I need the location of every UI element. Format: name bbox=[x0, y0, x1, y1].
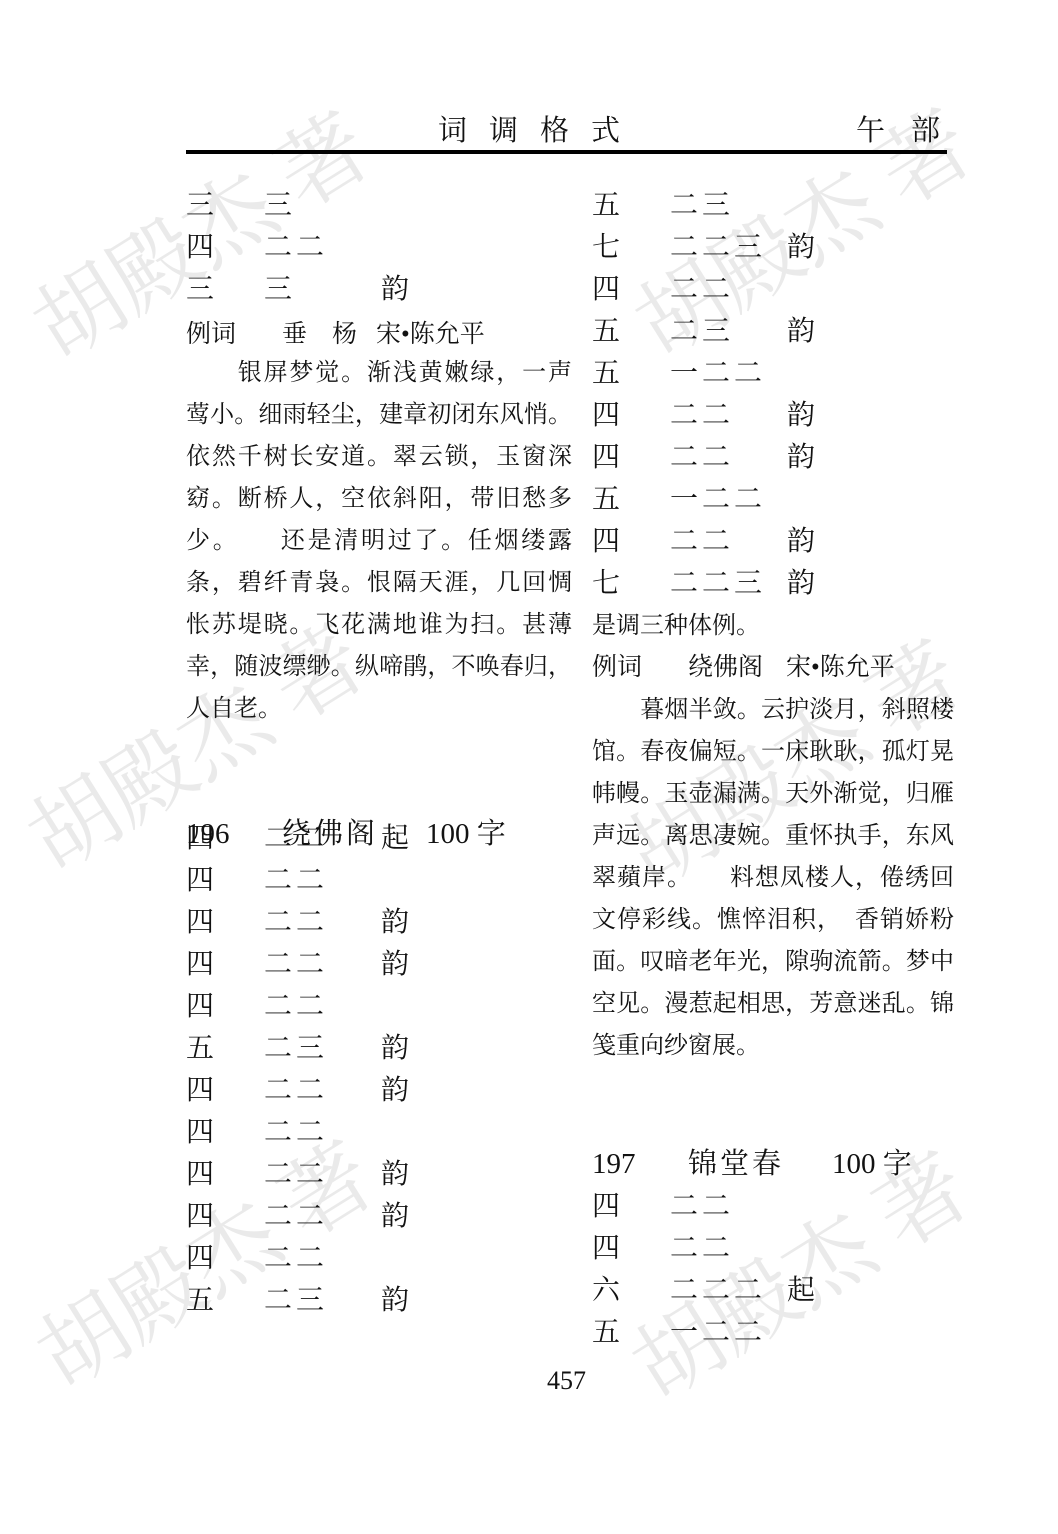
line-length: 四 bbox=[186, 860, 214, 902]
line-length: 四 bbox=[592, 395, 620, 437]
line-length: 五 bbox=[186, 1028, 214, 1070]
line-pattern: 一二二 bbox=[670, 1312, 766, 1354]
line-pattern: 二二 bbox=[264, 227, 328, 269]
poem-line: 文停彩线。憔悴泪积， 香销娇粉 bbox=[592, 899, 954, 941]
poem-line: 声远。离思凄婉。重怀执手，东风 bbox=[592, 815, 954, 857]
line-pattern: 二二 bbox=[670, 269, 734, 311]
rhyme-mark: 韵 bbox=[381, 1070, 409, 1112]
line-length: 四 bbox=[592, 269, 620, 311]
poem-line: 暮烟半敛。云护淡月，斜照楼 bbox=[592, 689, 954, 731]
line-pattern: 二二 bbox=[264, 1112, 328, 1154]
line-length: 七 bbox=[592, 227, 620, 269]
rhyme-mark: 韵 bbox=[381, 902, 409, 944]
line-length: 四 bbox=[186, 944, 214, 986]
left-column: 三 三 四 二二 三 三 韵 例词 垂 杨 宋•陈允平 bbox=[186, 0, 572, 1534]
format-row: 四 二二 韵 bbox=[592, 437, 954, 479]
format-row: 五 一二二 bbox=[592, 1312, 954, 1354]
format-row: 四 二二 韵 bbox=[186, 1196, 572, 1238]
poem-author: 宋•陈允平 bbox=[376, 314, 485, 356]
left-format-rows: 四 二二 起 四 二二 四 二二 韵 四 二二 bbox=[186, 818, 572, 1322]
book-page: 胡殿杰 著 胡殿杰 著 胡殿杰 著 胡殿杰 著 胡殿杰 著 胡殿杰 著 词调格式… bbox=[0, 0, 1058, 1534]
example-label: 例词 bbox=[186, 314, 236, 356]
line-length: 四 bbox=[186, 902, 214, 944]
poem-line: 窈。断桥人，空依斜阳，带旧愁多 bbox=[186, 478, 572, 520]
line-length: 五 bbox=[592, 185, 620, 227]
line-pattern: 二三 bbox=[264, 1280, 328, 1322]
line-pattern: 二二 bbox=[264, 1196, 328, 1238]
line-length: 三 bbox=[186, 185, 214, 227]
format-row: 四 二二 bbox=[186, 1238, 572, 1280]
poem-line: 怅苏堤晓。飞花满地谁为扫。甚薄 bbox=[186, 604, 572, 646]
section-title: 197 锦堂春 100 字 bbox=[592, 1142, 954, 1186]
rhyme-mark: 韵 bbox=[787, 521, 815, 563]
format-row: 四 二二 起 bbox=[186, 818, 572, 860]
rhyme-mark: 韵 bbox=[787, 437, 815, 479]
line-length: 四 bbox=[592, 1186, 620, 1228]
format-row: 四 二二 bbox=[592, 1228, 954, 1270]
rhyme-mark: 韵 bbox=[381, 1154, 409, 1196]
rhyme-mark: 韵 bbox=[787, 227, 815, 269]
poem-author: 宋•陈允平 bbox=[786, 647, 895, 689]
line-length: 四 bbox=[186, 1154, 214, 1196]
rhyme-mark: 起 bbox=[381, 818, 409, 860]
example-poem: 银屏梦觉。渐浅黄嫩绿，一声 莺小。细雨轻尘，建章初闭东风悄。 依然千树长安道。翠… bbox=[186, 352, 572, 730]
section-char-count: 100 字 bbox=[832, 1142, 912, 1186]
line-length: 六 bbox=[592, 1270, 620, 1312]
example-word-row: 例词 绕佛阁 宋•陈允平 bbox=[592, 647, 954, 689]
format-row: 五 二三 韵 bbox=[592, 311, 954, 353]
line-pattern: 三 bbox=[264, 269, 296, 311]
format-row: 五 二三 bbox=[592, 185, 954, 227]
poem-line: 翠蘋岸。 料想凤楼人，倦绣回 bbox=[592, 857, 954, 899]
line-pattern: 三 bbox=[264, 185, 296, 227]
poem-line: 笺重向纱窗展。 bbox=[592, 1025, 954, 1067]
line-pattern: 二二三 bbox=[670, 227, 766, 269]
line-length: 四 bbox=[186, 1238, 214, 1280]
line-length: 五 bbox=[186, 1280, 214, 1322]
format-row: 四 二二 bbox=[186, 1112, 572, 1154]
line-length: 四 bbox=[186, 227, 214, 269]
line-pattern: 二二 bbox=[264, 1070, 328, 1112]
line-pattern: 二二 bbox=[670, 1228, 734, 1270]
tune-title: 绕佛阁 bbox=[688, 647, 763, 689]
line-length: 四 bbox=[592, 521, 620, 563]
format-row: 五 一二二 bbox=[592, 479, 954, 521]
format-row: 四 二二 bbox=[186, 860, 572, 902]
line-length: 四 bbox=[592, 437, 620, 479]
poem-line: 面。叹暗老年光，隙驹流箭。梦中 bbox=[592, 941, 954, 983]
line-pattern: 一二二 bbox=[670, 353, 766, 395]
format-row: 四 二二 韵 bbox=[592, 521, 954, 563]
line-pattern: 二二二 bbox=[670, 1270, 766, 1312]
right-format-rows: 四 二二 四 二二 六 二二二 起 五 一二二 bbox=[592, 1186, 954, 1354]
format-row: 四 二二 韵 bbox=[186, 944, 572, 986]
line-length: 四 bbox=[592, 1228, 620, 1270]
line-pattern: 二三 bbox=[264, 1028, 328, 1070]
rhyme-mark: 韵 bbox=[787, 395, 815, 437]
left-top-format-rows: 三 三 四 二二 三 三 韵 bbox=[186, 185, 572, 311]
line-pattern: 二二三 bbox=[670, 563, 766, 605]
rhyme-mark: 韵 bbox=[381, 944, 409, 986]
line-length: 四 bbox=[186, 986, 214, 1028]
format-row: 四 二二 bbox=[186, 986, 572, 1028]
line-length: 五 bbox=[592, 1312, 620, 1354]
section-number: 197 bbox=[592, 1142, 636, 1186]
line-pattern: 二二 bbox=[264, 860, 328, 902]
format-row: 三 三 韵 bbox=[186, 269, 572, 311]
format-row: 七 二二三 韵 bbox=[592, 227, 954, 269]
example-label: 例词 bbox=[592, 647, 642, 689]
line-pattern: 二三 bbox=[670, 185, 734, 227]
example-poem: 暮烟半敛。云护淡月，斜照楼 馆。春夜偏短。一床耿耿，孤灯晃 帏幔。玉壶漏满。天外… bbox=[592, 689, 954, 1067]
poem-line: 馆。春夜偏短。一床耿耿，孤灯晃 bbox=[592, 731, 954, 773]
rhyme-mark: 韵 bbox=[787, 311, 815, 353]
format-row: 五 二三 韵 bbox=[186, 1280, 572, 1322]
line-length: 三 bbox=[186, 269, 214, 311]
right-column: 五 二三 七 二二三 韵 四 二二 五 二三 bbox=[592, 0, 954, 1534]
tune-title: 垂 杨 bbox=[282, 314, 357, 356]
format-row: 四 二二 bbox=[186, 227, 572, 269]
format-row: 四 二二 bbox=[592, 1186, 954, 1228]
format-row: 三 三 bbox=[186, 185, 572, 227]
poem-line: 空见。漫惹起相思，芳意迷乱。锦 bbox=[592, 983, 954, 1025]
rhyme-mark: 韵 bbox=[381, 1196, 409, 1238]
line-length: 四 bbox=[186, 1196, 214, 1238]
line-pattern: 二二 bbox=[670, 521, 734, 563]
right-top-format-rows: 五 二三 七 二二三 韵 四 二二 五 二三 bbox=[592, 185, 954, 605]
poem-line: 依然千树长安道。翠云锁，玉窗深 bbox=[186, 436, 572, 478]
rhyme-mark: 韵 bbox=[787, 563, 815, 605]
line-pattern: 二二 bbox=[264, 818, 328, 860]
format-row: 四 二二 韵 bbox=[186, 902, 572, 944]
poem-line: 少。 还是清明过了。任烟缕露 bbox=[186, 520, 572, 562]
variant-note: 是调三种体例。 bbox=[592, 605, 954, 647]
line-length: 五 bbox=[592, 353, 620, 395]
header-rule bbox=[186, 150, 947, 154]
format-row: 四 二二 韵 bbox=[186, 1070, 572, 1112]
line-pattern: 二二 bbox=[670, 395, 734, 437]
rhyme-mark: 韵 bbox=[381, 1028, 409, 1070]
line-length: 五 bbox=[592, 479, 620, 521]
line-length: 七 bbox=[592, 563, 620, 605]
format-row: 四 二二 韵 bbox=[592, 395, 954, 437]
format-row: 四 二二 韵 bbox=[186, 1154, 572, 1196]
format-row: 七 二二三 韵 bbox=[592, 563, 954, 605]
line-pattern: 二二 bbox=[264, 986, 328, 1028]
example-word-row: 例词 垂 杨 宋•陈允平 bbox=[186, 314, 572, 356]
line-length: 四 bbox=[186, 1112, 214, 1154]
poem-line: 条，碧纤青袅。恨隔天涯，几回惆 bbox=[186, 562, 572, 604]
page-number: 457 bbox=[186, 1366, 947, 1396]
section-tune-name: 锦堂春 bbox=[688, 1142, 784, 1186]
format-row: 六 二二二 起 bbox=[592, 1270, 954, 1312]
line-pattern: 二二 bbox=[670, 1186, 734, 1228]
format-row: 五 二三 韵 bbox=[186, 1028, 572, 1070]
line-pattern: 一二二 bbox=[670, 479, 766, 521]
rhyme-mark: 起 bbox=[787, 1270, 815, 1312]
poem-line: 幸，随波缥缈。纵啼鹃，不唤春归， bbox=[186, 646, 572, 688]
line-pattern: 二二 bbox=[670, 437, 734, 479]
rhyme-mark: 韵 bbox=[381, 269, 409, 311]
line-pattern: 二三 bbox=[670, 311, 734, 353]
line-length: 四 bbox=[186, 1070, 214, 1112]
format-row: 四 二二 bbox=[592, 269, 954, 311]
line-length: 五 bbox=[592, 311, 620, 353]
format-row: 五 一二二 bbox=[592, 353, 954, 395]
rhyme-mark: 韵 bbox=[381, 1280, 409, 1322]
poem-line: 帏幔。玉壶漏满。天外渐觉，归雁 bbox=[592, 773, 954, 815]
poem-line: 人自老。 bbox=[186, 688, 572, 730]
line-pattern: 二二 bbox=[264, 1238, 328, 1280]
running-head-section: 午部 bbox=[856, 108, 966, 149]
line-pattern: 二二 bbox=[264, 944, 328, 986]
poem-line: 莺小。细雨轻尘，建章初闭东风悄。 bbox=[186, 394, 572, 436]
poem-line: 银屏梦觉。渐浅黄嫩绿，一声 bbox=[186, 352, 572, 394]
line-pattern: 二二 bbox=[264, 1154, 328, 1196]
line-length: 四 bbox=[186, 818, 214, 860]
line-pattern: 二二 bbox=[264, 902, 328, 944]
